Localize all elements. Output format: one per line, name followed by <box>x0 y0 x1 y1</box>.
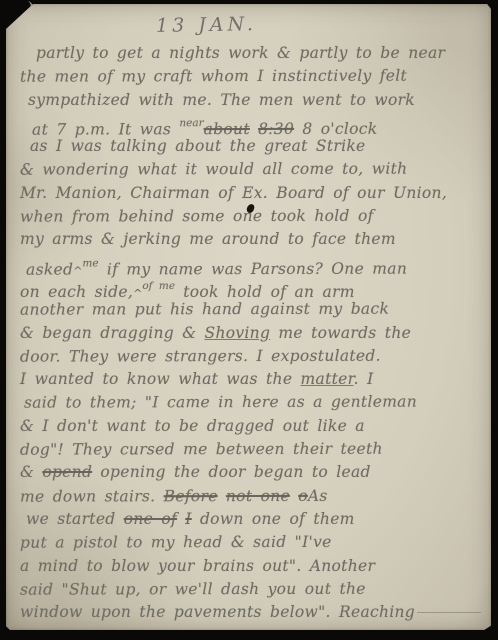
handwritten-text: Shoving <box>205 324 271 342</box>
handwritten-text: a mind to blow your brains out". Another <box>20 557 375 575</box>
manuscript-line: on each side,^of me took hold of an arm <box>20 275 482 298</box>
handwritten-text: window upon the pavements below". Reachi… <box>20 603 415 621</box>
handwritten-text <box>290 487 298 505</box>
handwritten-text: said "Shut up, or we'll dash you out the <box>20 580 366 599</box>
handwritten-text: & <box>20 463 42 481</box>
handwritten-text: Mr. Manion, Chairman of Ex. Board of our… <box>20 184 447 202</box>
trailing-rule <box>417 611 481 613</box>
handwritten-text: at 7 p.m. It was <box>32 120 179 138</box>
manuscript-line: & wondering what it would all come to, w… <box>20 158 482 183</box>
handwritten-text <box>250 120 258 138</box>
inserted-text: of me <box>142 280 175 292</box>
manuscript-line: asked^me if my name was Parsons? One man <box>20 251 482 276</box>
manuscript-line: partly to get a nights work & partly to … <box>20 42 482 65</box>
manuscript-line: as I was talking about the great Strike <box>20 135 482 158</box>
inserted-text: me <box>82 257 98 269</box>
handwritten-text: opening the door began to lead <box>92 463 371 481</box>
manuscript-line: my arms & jerking me around to face them <box>20 228 482 251</box>
page-date-heading: 13 JAN. <box>156 13 257 37</box>
manuscript-line: another man put his hand against my back <box>20 298 482 323</box>
struck-out-text: Before <box>164 487 218 505</box>
struck-out-text: o <box>298 486 308 504</box>
handwritten-text: . I <box>354 370 374 388</box>
handwritten-text: door. They were strangers. I expostulate… <box>20 347 381 366</box>
handwritten-text <box>218 487 226 505</box>
struck-out-text: not one <box>226 487 290 505</box>
struck-out-text: about <box>204 120 250 138</box>
struck-out-text: 8:30 <box>258 120 294 138</box>
handwritten-text: another man put his hand against my back <box>20 300 389 319</box>
manuscript-line: dog"! They cursed me between their teeth <box>20 437 482 462</box>
handwritten-text: the men of my craft whom I instinctively… <box>20 67 407 86</box>
handwritten-text: sympathized with me. The men went to wor… <box>28 91 415 109</box>
handwritten-text: & began dragging & <box>20 324 205 342</box>
manuscript-line: & opend opening the door began to lead <box>20 461 482 484</box>
handwritten-text: put a pistol to my head & said "I've <box>20 533 332 552</box>
manuscript-line: put a pistol to my head & said "I've <box>20 531 482 556</box>
struck-out-text: one of <box>124 510 177 528</box>
handwritten-text: & wondering what it would all come to, w… <box>20 160 407 179</box>
manuscript-line: said "Shut up, or we'll dash you out the <box>20 577 482 602</box>
handwritten-text: As <box>308 486 328 504</box>
handwritten-text: matter <box>301 370 354 388</box>
manuscript-line: we started one of I down one of them <box>20 508 482 531</box>
handwritten-text: & I don't want to be dragged out like a <box>20 417 365 435</box>
handwritten-text: when from behind some one took hold of <box>20 207 374 226</box>
manuscript-line: & I don't want to be dragged out like a <box>20 415 482 438</box>
handwritten-text: as I was talking about the great Strike <box>30 137 366 155</box>
manuscript-line: a mind to blow your brains out". Another <box>20 555 482 578</box>
manuscript-line: & began dragging & Shoving me towards th… <box>20 322 482 345</box>
handwritten-text: me down stairs. <box>20 487 164 505</box>
inserted-text: near <box>179 117 203 129</box>
handwritten-text: asked <box>26 260 73 278</box>
manuscript-line: the men of my craft whom I instinctively… <box>20 65 482 90</box>
handwritten-text: said to them; "I came in here as a gentl… <box>24 393 417 412</box>
manuscript-line: door. They were strangers. I expostulate… <box>20 344 482 369</box>
manuscript-line: at 7 p.m. It was nearabout 8:30 8 o'cloc… <box>20 111 482 136</box>
handwritten-text: my arms & jerking me around to face them <box>20 230 396 248</box>
handwritten-text: down one of them <box>192 510 355 528</box>
handwritten-text: me towards the <box>270 324 411 342</box>
handwritten-text: partly to get a nights work & partly to … <box>36 44 445 62</box>
struck-out-text: opend <box>42 463 92 481</box>
manuscript-line: window upon the pavements below". Reachi… <box>20 601 482 624</box>
manuscript-line: me down stairs. Before not one oAs <box>20 484 482 509</box>
manuscript-line: said to them; "I came in here as a gentl… <box>20 391 482 416</box>
paper-sheet: 13 JAN. partly to get a nights work & pa… <box>6 4 491 630</box>
handwritten-text: we started <box>26 510 124 528</box>
manuscript-line: I wanted to know what was the matter. I <box>20 368 482 391</box>
manuscript-line: Mr. Manion, Chairman of Ex. Board of our… <box>20 182 482 205</box>
handwritten-text: dog"! They cursed me between their teeth <box>20 440 383 459</box>
manuscript-line: sympathized with me. The men went to wor… <box>20 89 482 112</box>
handwritten-text: 8 o'clock <box>294 120 377 138</box>
manuscript-body: partly to get a nights work & partly to … <box>20 42 482 624</box>
handwritten-text: I wanted to know what was the <box>20 370 301 388</box>
handwritten-text: if my name was Parsons? One man <box>99 259 408 278</box>
scanned-page: 13 JAN. partly to get a nights work & pa… <box>0 0 498 640</box>
